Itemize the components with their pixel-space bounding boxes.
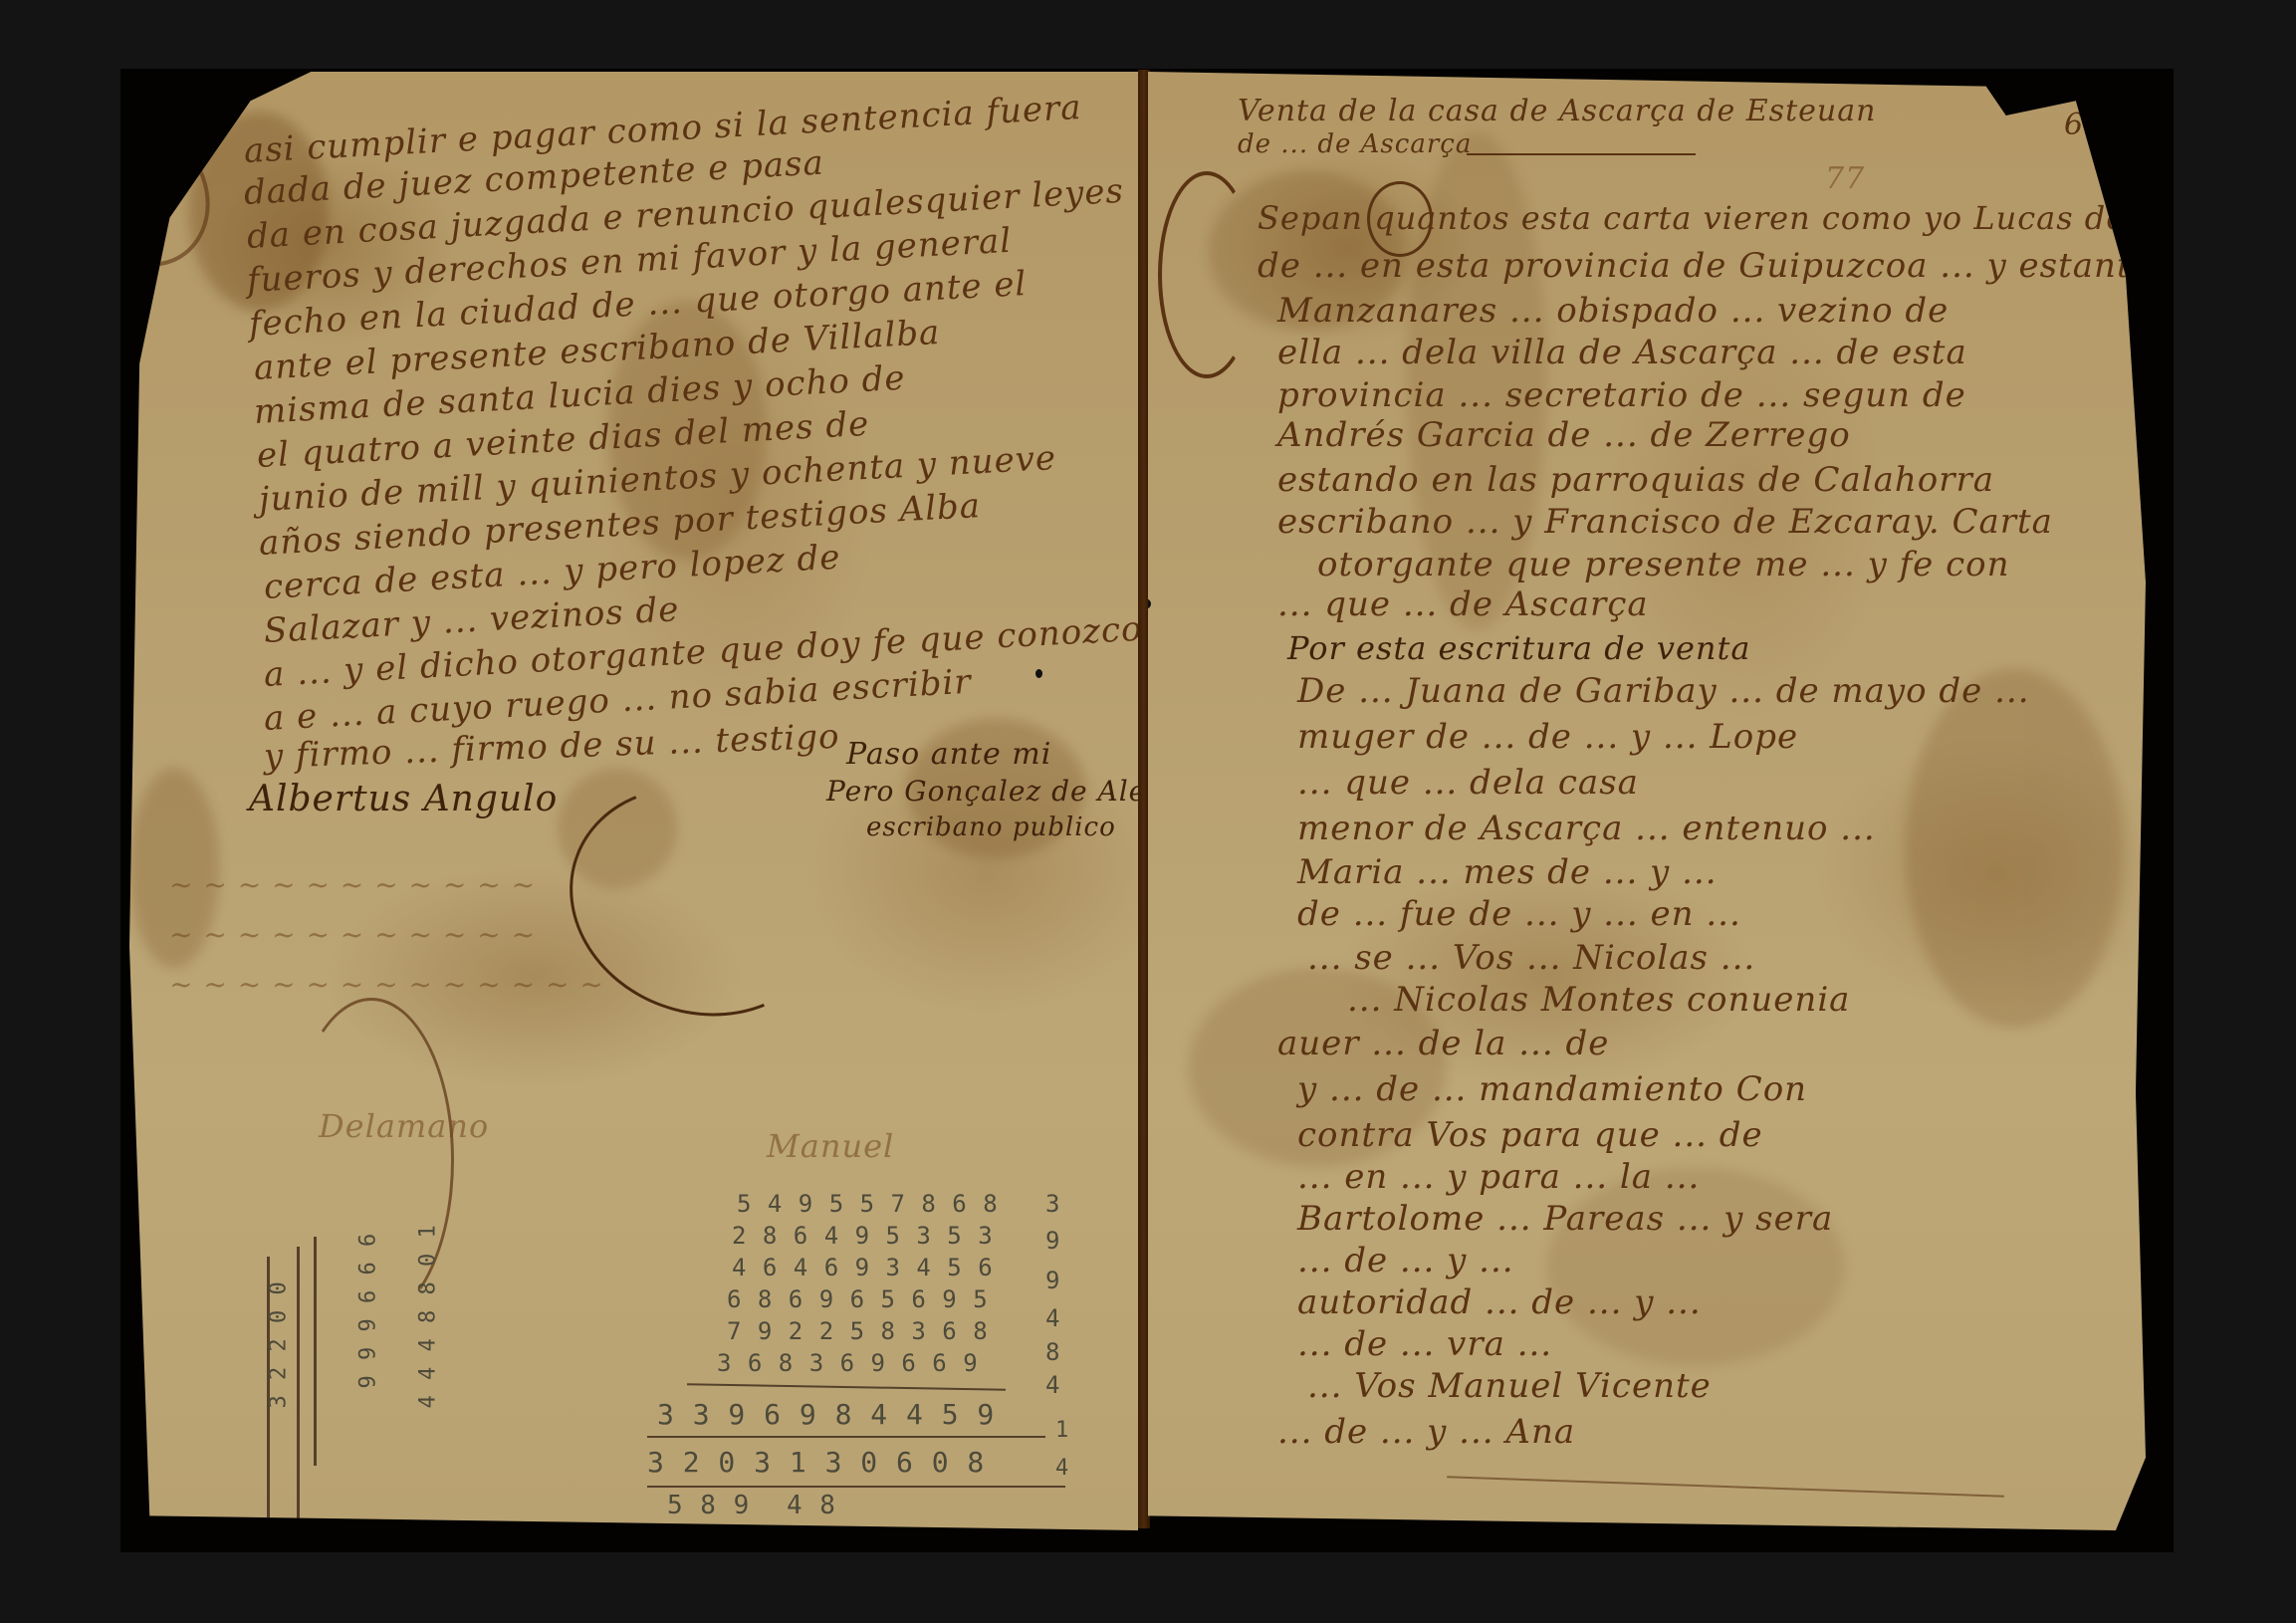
document-heading-sub: de ... de Ascarça — [1238, 129, 1472, 159]
left-page: asi cumplir e pagar como si la sentencia… — [129, 72, 1138, 1530]
text-line: escribano ... y Francisco de Ezcaray. Ca… — [1277, 502, 2053, 542]
sum-row: 4 6 4 6 9 3 4 5 6 — [732, 1254, 994, 1281]
ledger-note: Manuel — [767, 1127, 894, 1165]
text-line: ... Nicolas Montes conuenia — [1347, 980, 1850, 1020]
text-line: Manzanares ... obispado ... vezino de — [1277, 291, 1949, 331]
text-line: ... de ... y ... — [1297, 1241, 1514, 1280]
tally-column: 4 4 4 8 8 0 1 — [416, 1224, 441, 1408]
text-line: De ... Juana de Garibay ... de mayo de .… — [1297, 671, 2030, 711]
text-line: provincia ... secretario de ... segun de — [1277, 375, 1966, 415]
text-line: otorgante que presente me ... y fe con — [1317, 545, 2010, 584]
text-line: autoridad ... de ... y ... — [1297, 1282, 1702, 1322]
text-line: ... que ... de Ascarça — [1277, 584, 1649, 624]
sum-row: 2 8 6 4 9 5 3 5 3 — [732, 1222, 994, 1250]
signature-notary-title: escribano publico — [866, 812, 1116, 842]
signature-left: Albertus Angulo — [249, 779, 558, 819]
sum-result: 3 2 0 3 1 3 0 6 0 8 — [647, 1446, 985, 1479]
sum-row: 7 9 2 2 5 8 3 6 8 — [727, 1317, 989, 1345]
text-line: auer ... de la ... de — [1277, 1024, 1609, 1063]
text-line: ... que ... dela casa — [1297, 763, 1639, 803]
text-line: menor de Ascarça ... entenuo ... — [1297, 809, 1876, 848]
text-line: ... se ... Vos ... Nicolas ... — [1307, 938, 1755, 978]
text-line: Maria ... mes de ... y ... — [1297, 852, 1718, 892]
sum-total: 3 3 9 6 9 8 4 4 5 9 — [657, 1398, 995, 1431]
text-line: ... en ... y para ... la ... — [1297, 1157, 1700, 1197]
text-line: muger de ... de ... y ... Lope — [1297, 717, 1798, 757]
signature-notary-name: Pero Gonçalez de Alegria — [826, 775, 1138, 808]
text-line: ... de ... y ... Ana — [1277, 1412, 1575, 1452]
marginal-note: Delamano — [319, 1107, 489, 1145]
sum-row: 3 6 8 3 6 9 6 6 9 — [717, 1349, 979, 1377]
right-page: Venta de la casa de Ascarça de Esteuan d… — [1148, 72, 2146, 1530]
text-line: Andrés Garcia de ... de Zerrego — [1277, 415, 1851, 455]
text-line: contra Vos para que ... de — [1297, 1115, 1763, 1155]
text-line: de ... fue de ... y ... en ... — [1297, 894, 1741, 934]
text-line: ella ... dela villa de Ascarça ... de es… — [1277, 333, 1967, 372]
text-line: Sepan quantos esta carta vieren como yo … — [1258, 199, 2146, 237]
tally-column: 3 2 2 0 0 — [267, 1280, 292, 1408]
folio-number: 77 — [1825, 161, 1865, 196]
document-heading: Venta de la casa de Ascarça de Esteuan — [1238, 94, 1876, 128]
tally-column: 9 9 9 6 6 6 — [356, 1233, 381, 1389]
text-line: y ... de ... mandamiento Con — [1297, 1069, 1807, 1109]
signature-paso-ante-mi: Paso ante mi — [846, 737, 1051, 772]
text-line: de ... en esta provincia de Guipuzcoa ..… — [1258, 246, 2146, 286]
sum-row: 5 4 9 5 5 7 8 6 8 — [737, 1190, 999, 1218]
text-line: ... de ... vra ... — [1297, 1324, 1552, 1364]
text-line: Por esta escritura de venta — [1287, 629, 1750, 667]
text-line: ... Vos Manuel Vicente — [1307, 1366, 1712, 1406]
text-line: Bartolome ... Pareas ... y sera — [1297, 1199, 1833, 1239]
text-line: estando en las parroquias de Calahorra — [1277, 460, 1994, 500]
sum-row: 6 8 6 9 6 5 6 9 5 — [727, 1285, 989, 1313]
